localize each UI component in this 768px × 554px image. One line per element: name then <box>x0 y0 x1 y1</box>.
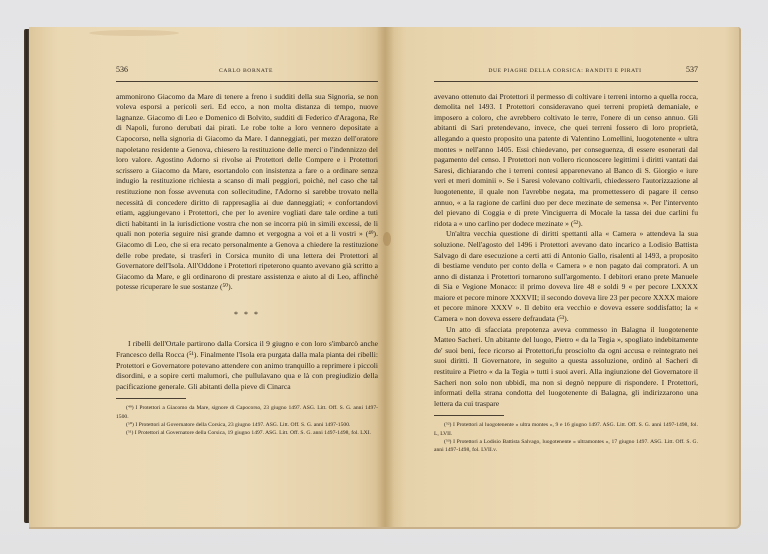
paragraph: I ribelli dell'Ortale partirono dalla Co… <box>116 339 378 392</box>
left-page: 536 CARLO BORNATE ammonirono Giacomo da … <box>29 27 385 529</box>
footnote: (⁵¹) I Protettori al Governatore della C… <box>116 429 378 437</box>
page-number: 536 <box>116 65 128 76</box>
paragraph: Un'altra vecchia questione di diritti sp… <box>434 229 698 324</box>
paragraph: Un atto di sfacciata prepotenza aveva co… <box>434 325 698 410</box>
left-page-content: 536 CARLO BORNATE ammonirono Giacomo da … <box>116 65 378 437</box>
paragraph: ammonirono Giacomo da Mare di tenere a f… <box>116 92 378 293</box>
page-number: 537 <box>686 65 698 76</box>
section-separator: * * * <box>116 310 378 321</box>
footnotes: (⁴⁹) I Protettori a Giacomo da Mare, sig… <box>116 404 378 437</box>
footnote: (⁵²) I Protettori al luogotenente « ultr… <box>434 421 698 437</box>
right-page-content: DUE PIAGHE DELLA CORSICA: BANDITI E PIRA… <box>434 65 698 454</box>
body-text: ammonirono Giacomo da Mare di tenere a f… <box>116 92 378 393</box>
running-head-title: CARLO BORNATE <box>219 66 273 77</box>
right-page: DUE PIAGHE DELLA CORSICA: BANDITI E PIRA… <box>385 27 741 529</box>
footnote: (⁵⁰) I Protettori al Governatore della C… <box>116 421 378 429</box>
book-gutter <box>376 27 394 527</box>
footnote-rule <box>434 415 504 416</box>
running-head: 536 CARLO BORNATE <box>116 65 378 82</box>
paragraph: avevano ottenuto dai Protettori il perme… <box>434 92 698 230</box>
open-book: 536 CARLO BORNATE ammonirono Giacomo da … <box>24 27 744 529</box>
body-text: avevano ottenuto dai Protettori il perme… <box>434 92 698 410</box>
running-head-title: DUE PIAGHE DELLA CORSICA: BANDITI E PIRA… <box>488 66 641 77</box>
running-head: DUE PIAGHE DELLA CORSICA: BANDITI E PIRA… <box>434 65 698 82</box>
footnote: (⁵³) I Protettori a Lodisio Battista Sal… <box>434 438 698 454</box>
footnote-rule <box>116 398 186 399</box>
footnote: (⁴⁹) I Protettori a Giacomo da Mare, sig… <box>116 404 378 420</box>
footnotes: (⁵²) I Protettori al luogotenente « ultr… <box>434 421 698 454</box>
